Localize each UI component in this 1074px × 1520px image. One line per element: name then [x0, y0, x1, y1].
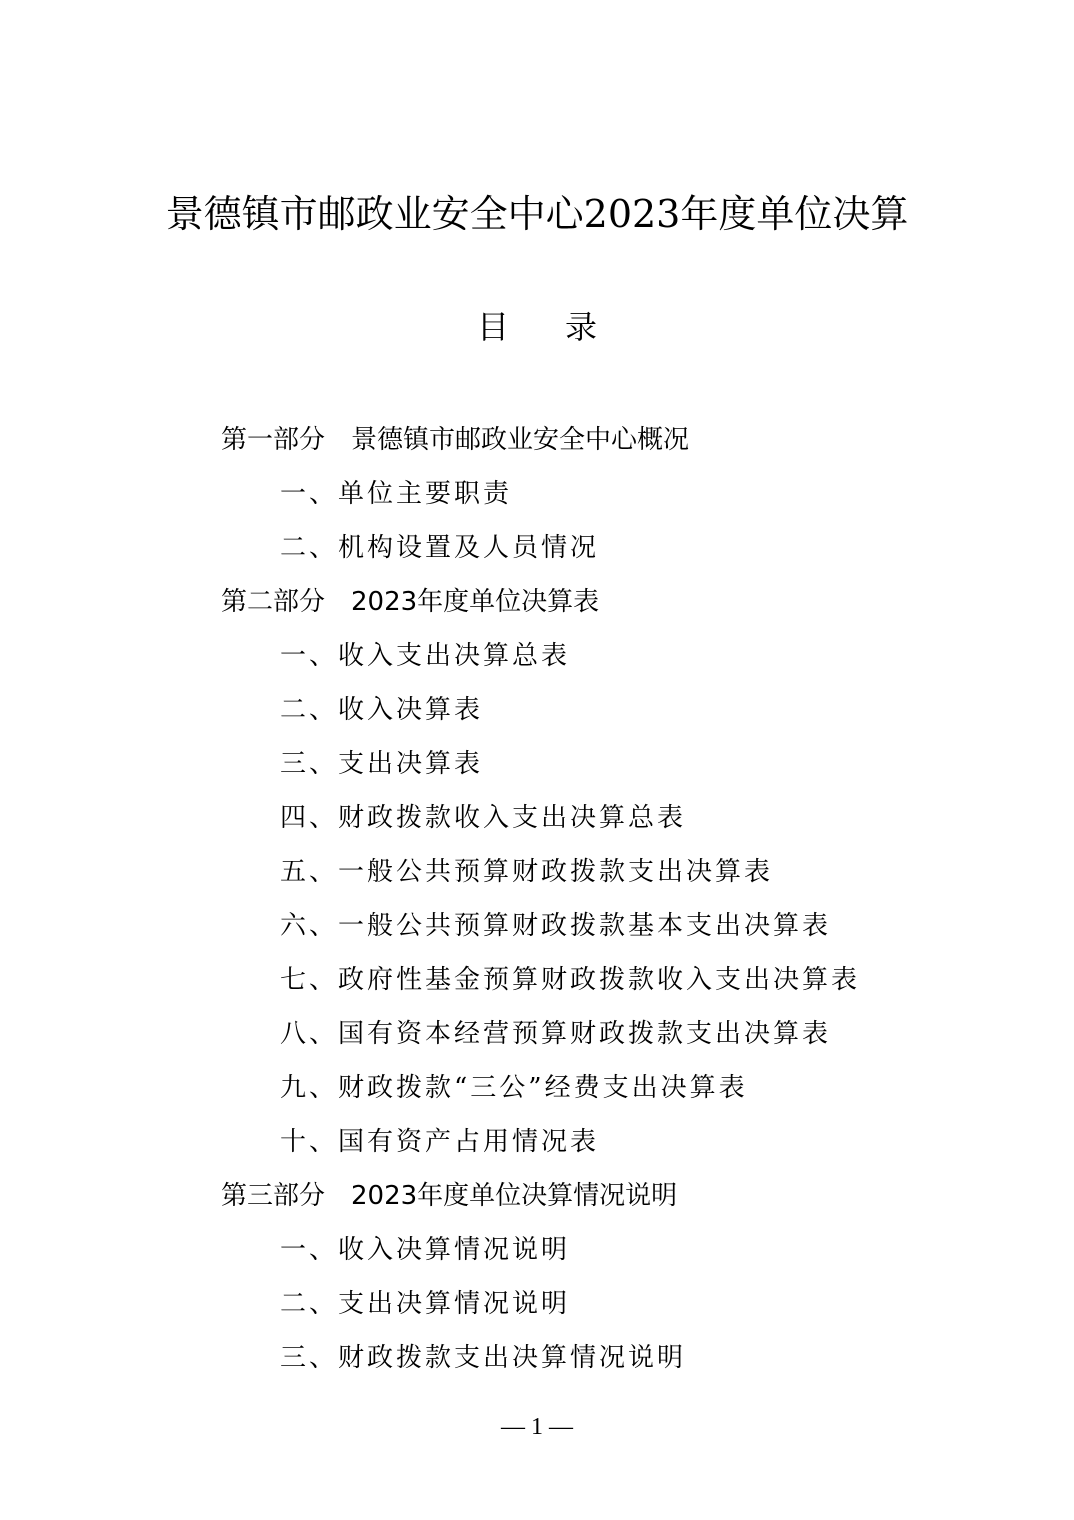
toc-item[interactable]: 二、机构设置及人员情况 [280, 528, 599, 568]
toc-part-3[interactable]: 第三部分2023年度单位决算情况说明 [221, 1176, 677, 1216]
part-label: 第一部分 [221, 425, 325, 455]
toc-item[interactable]: 八、国有资本经营预算财政拨款支出决算表 [280, 1014, 831, 1054]
toc-item[interactable]: 三、财政拨款支出决算情况说明 [280, 1338, 686, 1378]
toc-heading-char-2: 录 [565, 308, 597, 346]
toc-item[interactable]: 六、一般公共预算财政拨款基本支出决算表 [280, 906, 831, 946]
toc-item[interactable]: 五、一般公共预算财政拨款支出决算表 [280, 852, 773, 892]
toc-heading: 目录 [0, 305, 1074, 349]
part-title: 景德镇市邮政业安全中心概况 [351, 425, 689, 455]
toc-item[interactable]: 二、支出决算情况说明 [280, 1284, 570, 1324]
toc-item[interactable]: 七、政府性基金预算财政拨款收入支出决算表 [280, 960, 860, 1000]
part-title: 2023年度单位决算情况说明 [351, 1181, 677, 1211]
toc-part-1[interactable]: 第一部分景德镇市邮政业安全中心概况 [221, 420, 689, 460]
toc-item[interactable]: 四、财政拨款收入支出决算总表 [280, 798, 686, 838]
toc-item[interactable]: 九、财政拨款“三公”经费支出决算表 [280, 1068, 748, 1108]
toc-heading-char-1: 目 [477, 308, 509, 346]
toc-item[interactable]: 十、国有资产占用情况表 [280, 1122, 599, 1162]
toc-item[interactable]: 一、收入决算情况说明 [280, 1230, 570, 1270]
toc-item[interactable]: 一、收入支出决算总表 [280, 636, 570, 676]
document-title: 景德镇市邮政业安全中心2023年度单位决算 [0, 188, 1074, 240]
part-title: 2023年度单位决算表 [351, 587, 599, 617]
toc-part-2[interactable]: 第二部分2023年度单位决算表 [221, 582, 599, 622]
toc-item[interactable]: 二、收入决算表 [280, 690, 483, 730]
toc-item[interactable]: 三、支出决算表 [280, 744, 483, 784]
part-label: 第三部分 [221, 1181, 325, 1211]
toc-item[interactable]: 一、单位主要职责 [280, 474, 512, 514]
page-number: — 1 — [0, 1410, 1074, 1444]
part-label: 第二部分 [221, 587, 325, 617]
